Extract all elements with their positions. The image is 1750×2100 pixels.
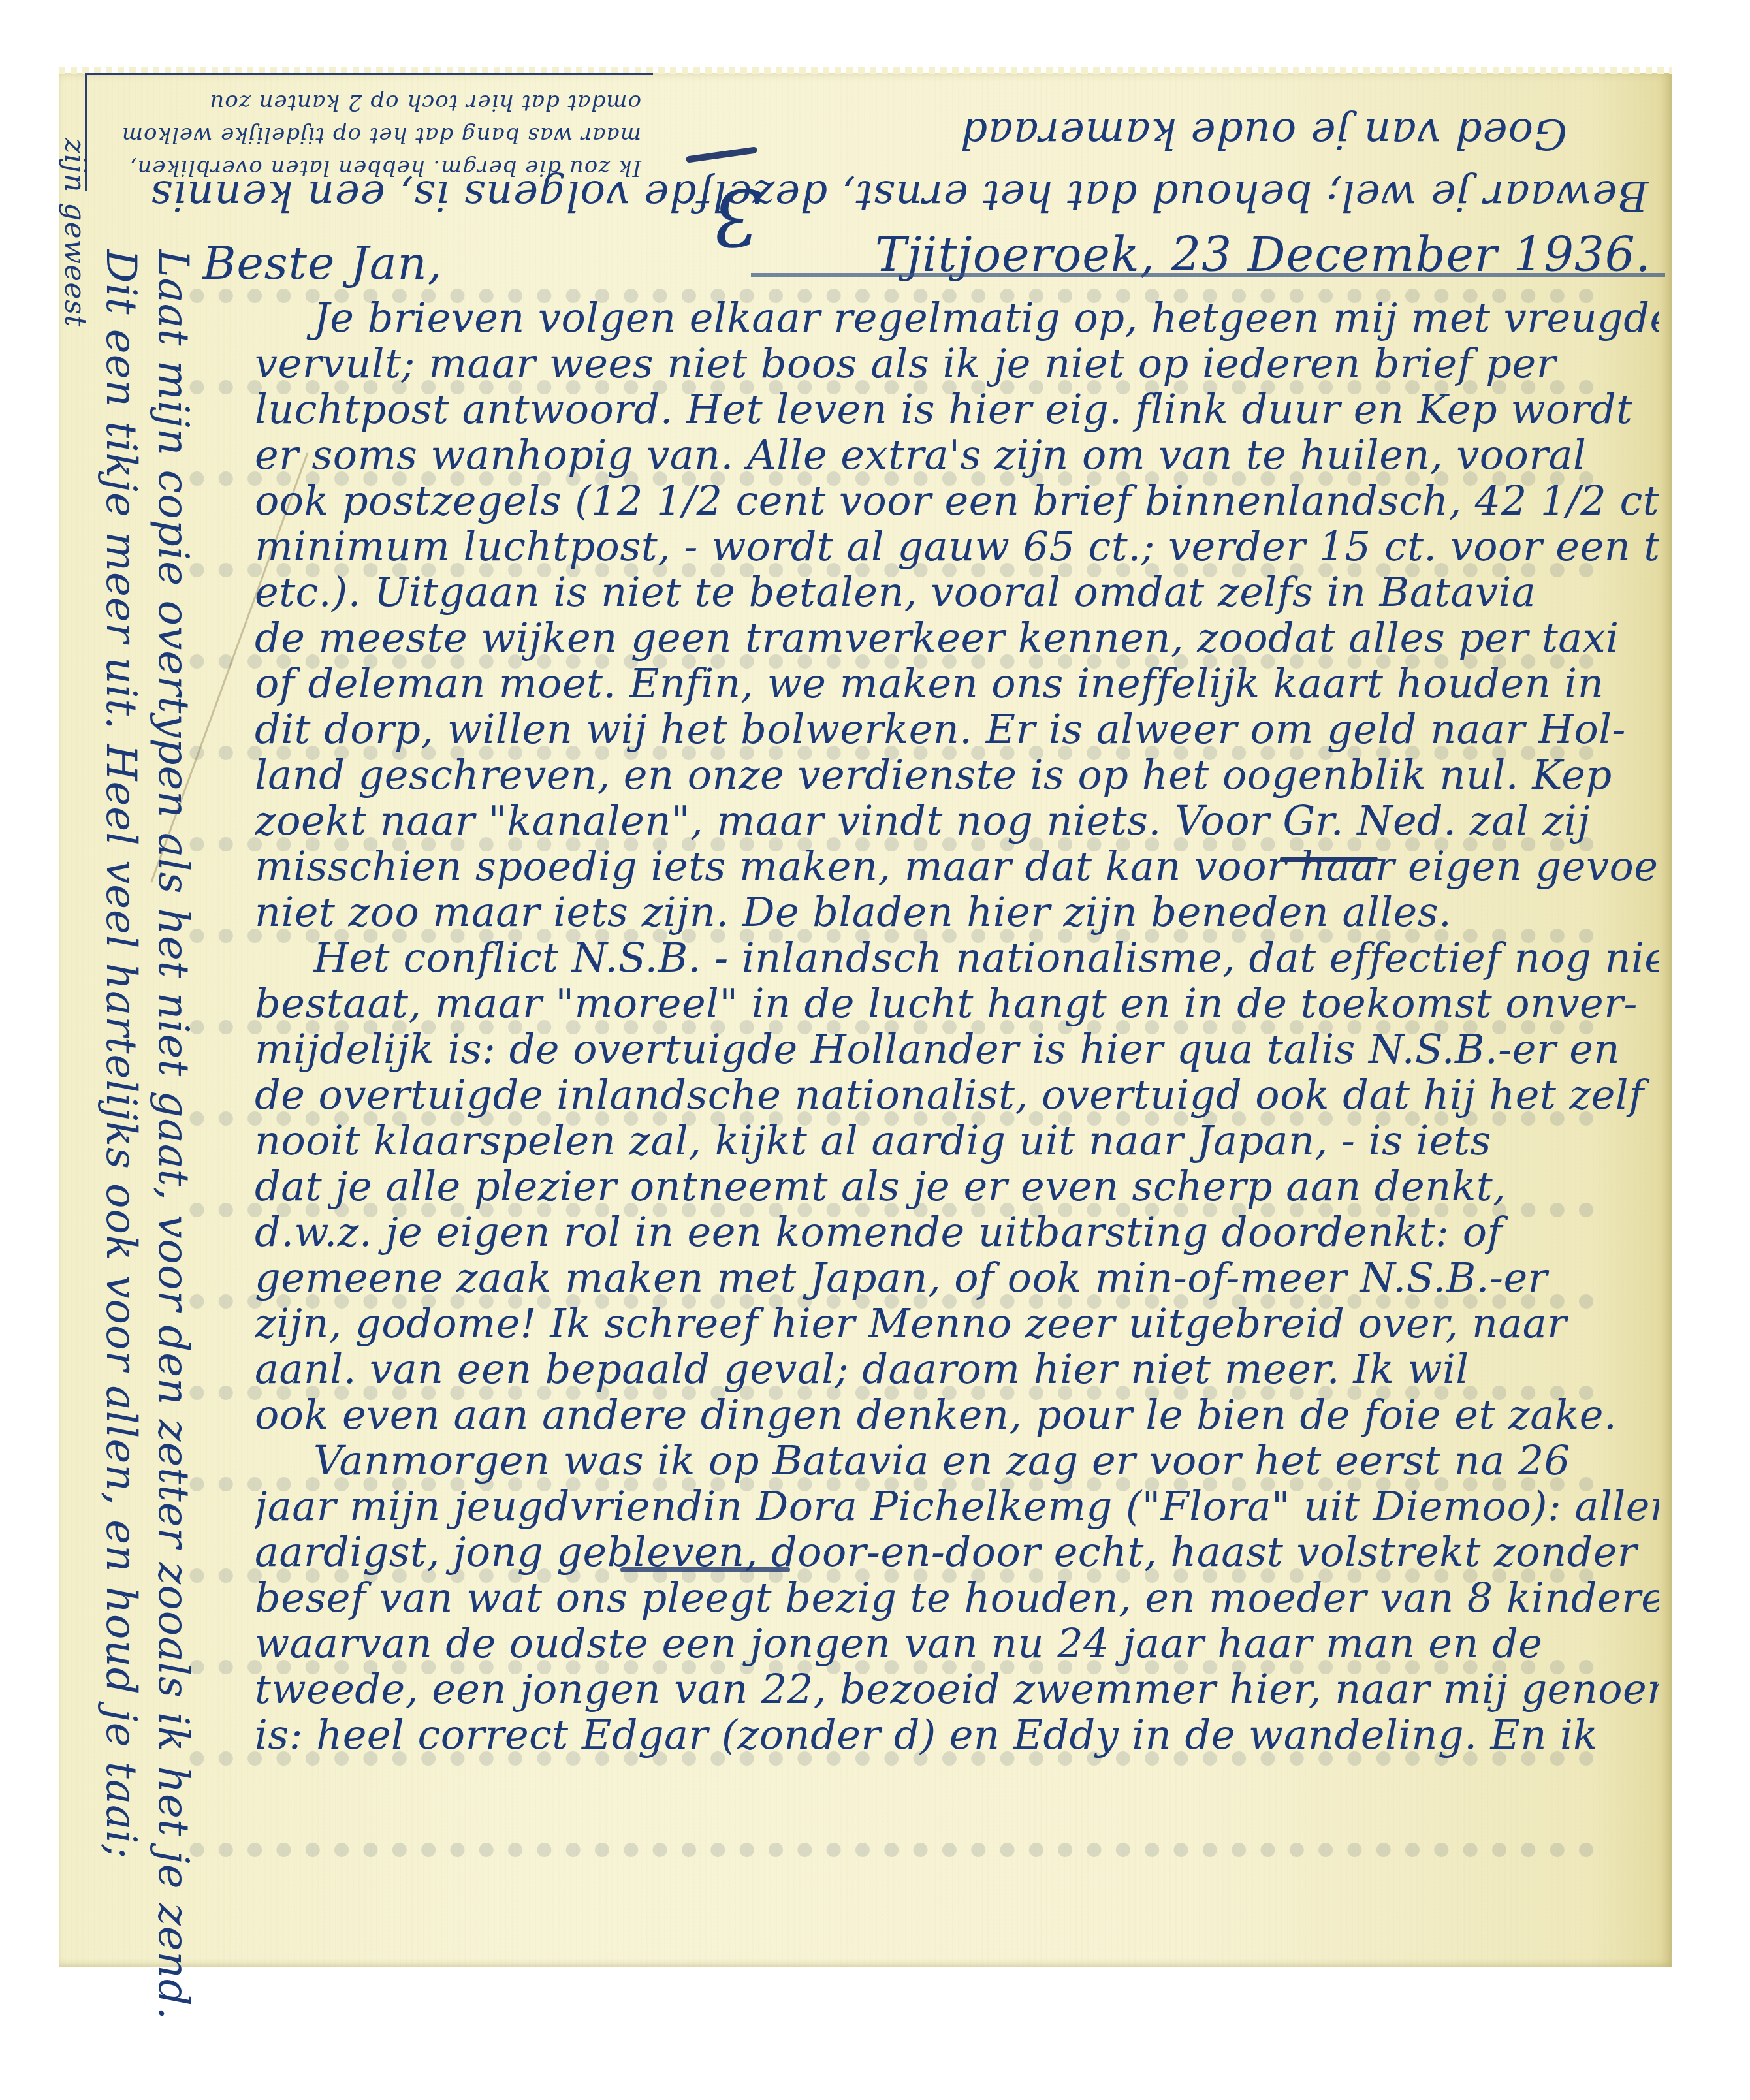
- body-line: zoekt naar "kanalen", maar vindt nog nie…: [255, 798, 1659, 844]
- body-line: waarvan de oudste een jongen van nu 24 j…: [255, 1621, 1659, 1666]
- body-line: aanl. van een bepaald geval; daarom hier…: [255, 1346, 1659, 1392]
- date-underline: [751, 273, 1665, 277]
- body-line: luchtpost antwoord. Het leven is hier ei…: [255, 387, 1659, 432]
- body-line: etc.). Uitgaan is niet te betalen, voora…: [255, 569, 1659, 615]
- body-line: Je brieven volgen elkaar regelmatig op, …: [255, 295, 1659, 341]
- letter-body: Je brieven volgen elkaar regelmatig op, …: [255, 295, 1659, 1758]
- inverted-note-line: Goed van je oude kameraad: [960, 109, 1567, 157]
- inverted-note-line: omdat dat hier toch op 2 kanten zou: [99, 86, 641, 119]
- body-line: zijn, godome! Ik schreef hier Menno zeer…: [255, 1301, 1659, 1346]
- body-line: er soms wanhopig van. Alle extra's zijn …: [255, 432, 1659, 478]
- body-line: gemeene zaak maken met Japan, of ook min…: [255, 1255, 1659, 1301]
- body-line: jaar mijn jeugdvriendin Dora Pichelkemg …: [255, 1484, 1659, 1529]
- letter-paper: Ik zou die bergm. hebben laten overblike…: [59, 73, 1672, 1967]
- body-line: nooit klaarspelen zal, kijkt al aardig u…: [255, 1118, 1659, 1164]
- left-margin-note: Dit een tikje meer uit. Heel veel hartel…: [98, 249, 144, 2013]
- body-line: Het conflict N.S.B. - inlandsch national…: [255, 935, 1659, 981]
- underline-bepaald: [620, 1567, 790, 1572]
- left-margin-note: Laat mijn copie overtypen als het niet g…: [150, 249, 196, 2013]
- body-line: minimum luchtpost, - wordt al gauw 65 ct…: [255, 524, 1659, 569]
- corner-margin-note: zijn geweest: [58, 138, 91, 327]
- body-line: aardigst, jong gebleven, door-en-door ec…: [255, 1529, 1659, 1575]
- body-line: dat je alle plezier ontneemt als je er e…: [255, 1164, 1659, 1209]
- inverted-note-line: maar was bang dat het op tijdelijke welk…: [99, 119, 641, 151]
- page-number-stroke: [686, 146, 757, 163]
- body-line: misschien spoedig iets maken, maar dat k…: [255, 844, 1659, 889]
- body-line: niet zoo maar iets zijn. De bladen hier …: [255, 889, 1659, 935]
- body-line: bestaat, maar "moreel" in de lucht hangt…: [255, 981, 1659, 1026]
- body-line: dit dorp, willen wij het bolwerken. Er i…: [255, 707, 1659, 752]
- salutation: Beste Jan,: [202, 236, 443, 290]
- body-line: de meeste wijken geen tramverkeer kennen…: [255, 615, 1659, 661]
- body-line: besef van wat ons pleegt bezig te houden…: [255, 1575, 1659, 1621]
- body-line: ook postzegels (12 1/2 cent voor een bri…: [255, 478, 1659, 524]
- body-line: vervult; maar wees niet boos als ik je n…: [255, 341, 1659, 387]
- body-line: d.w.z. je eigen rol in een komende uitba…: [255, 1209, 1659, 1255]
- underline-gr-ned: [1280, 857, 1378, 862]
- body-line: ook even aan andere dingen denken, pour …: [255, 1392, 1659, 1438]
- body-line: of deleman moet. Enfin, we maken ons ine…: [255, 661, 1659, 707]
- body-line: Vanmorgen was ik op Batavia en zag er vo…: [255, 1438, 1659, 1484]
- body-line: tweede, een jongen van 22, bezoeid zwemm…: [255, 1666, 1659, 1712]
- body-line: is: heel correct Edgar (zonder d) en Edd…: [255, 1712, 1659, 1758]
- inverted-note-line: Bewaar je wel; behoud dat het ernst, dez…: [150, 171, 1648, 219]
- body-line: land geschreven, en onze verdienste is o…: [255, 752, 1659, 798]
- body-line: mijdelijk is: de overtuigde Hollander is…: [255, 1026, 1659, 1072]
- body-line: de overtuigde inlandsche nationalist, ov…: [255, 1072, 1659, 1118]
